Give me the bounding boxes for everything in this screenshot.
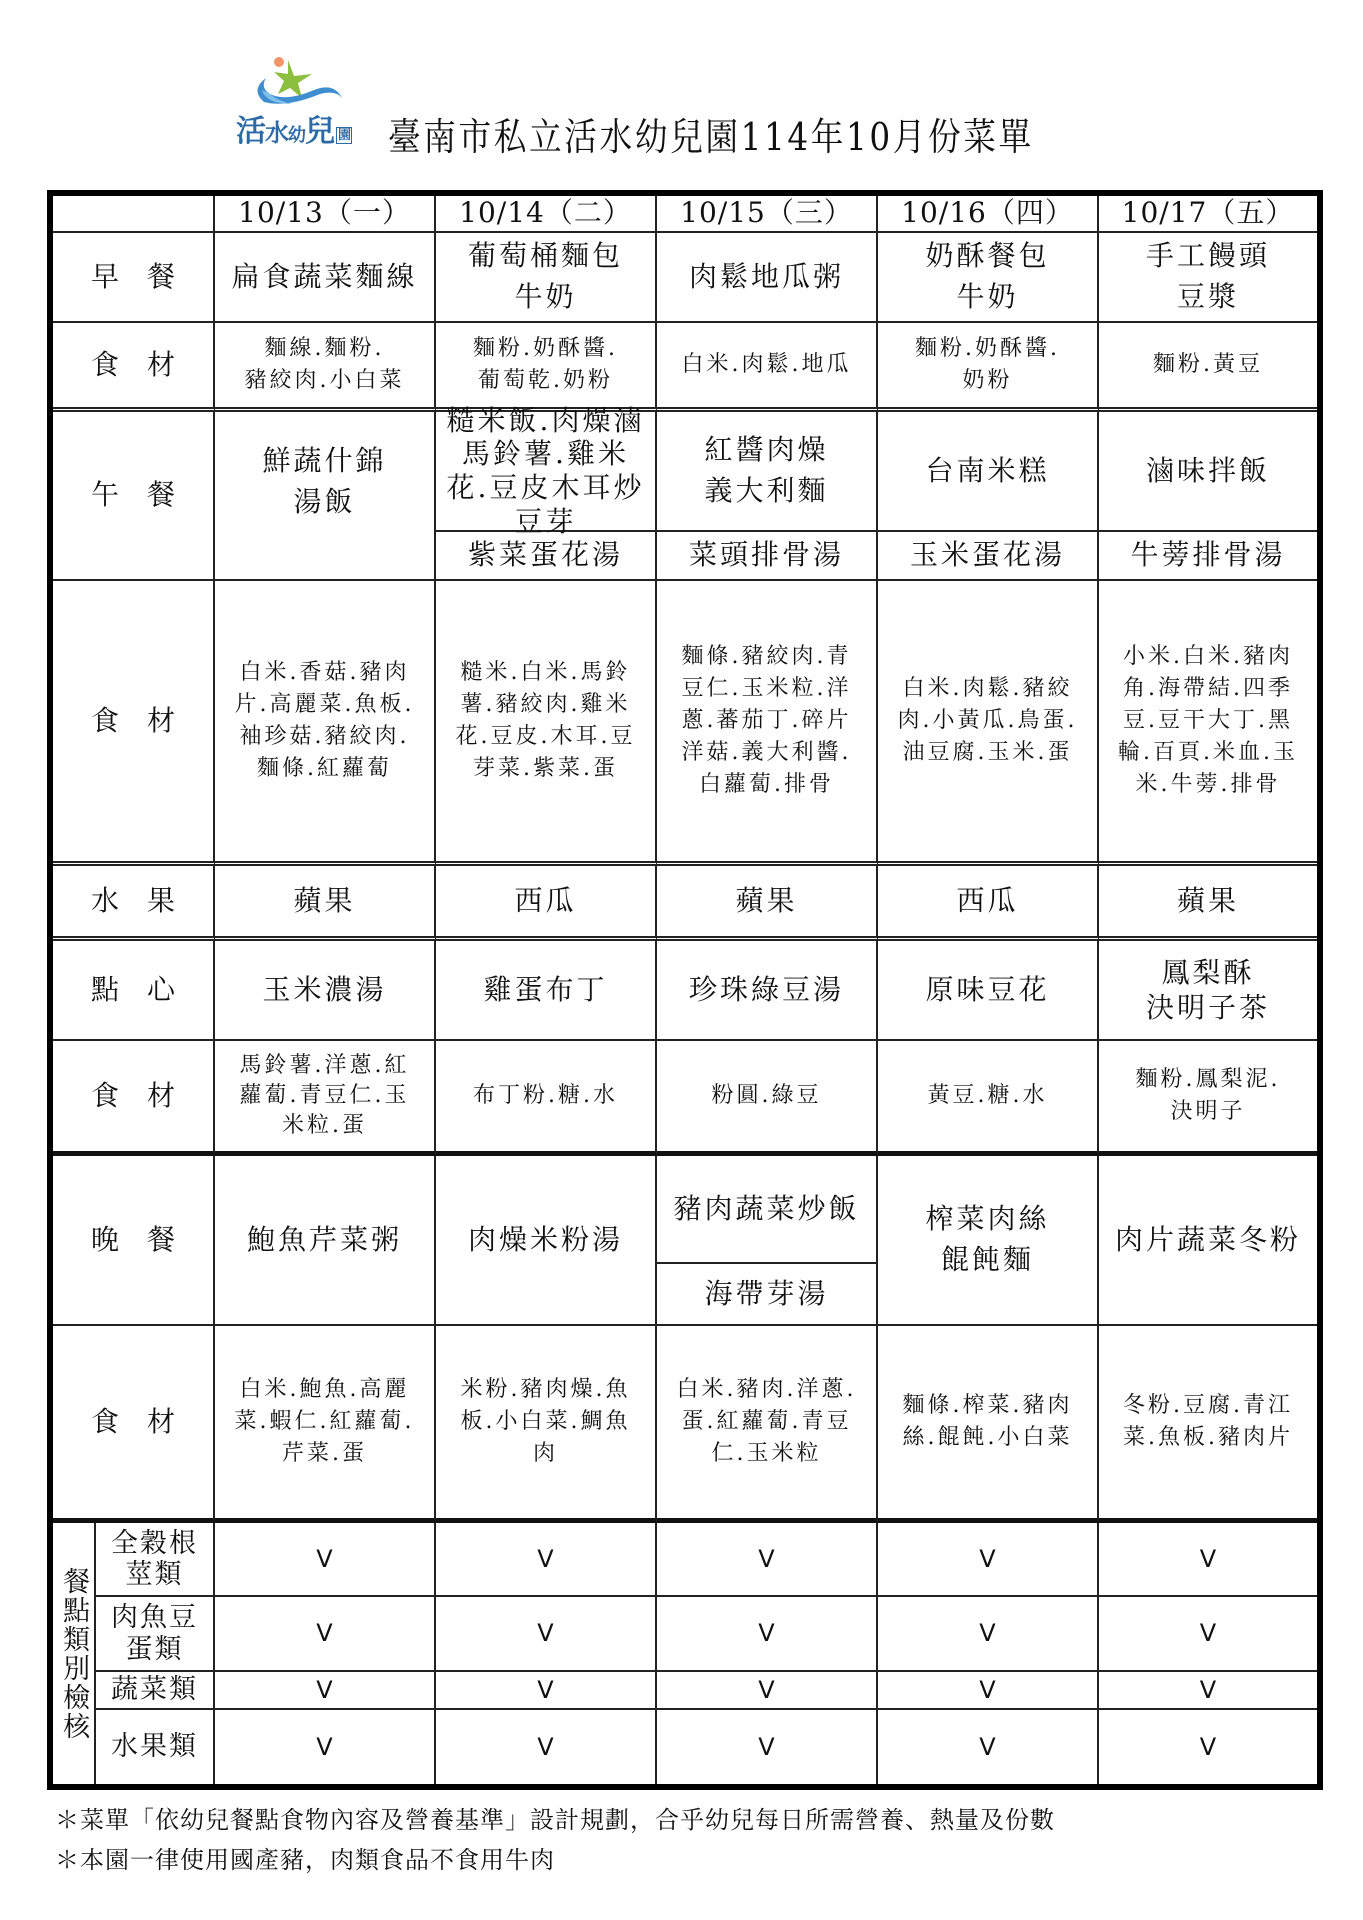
breakfast-tue: 葡萄桶麵包 牛奶 bbox=[436, 233, 657, 323]
check-mark-vegetables-wed: V bbox=[657, 1672, 878, 1710]
page-title: 臺南市私立活水幼兒園114年10月份菜單 bbox=[388, 106, 1034, 161]
breakfast-ingredients-fri: 麵粉.黃豆 bbox=[1099, 323, 1317, 412]
snack-ingredients-fri: 麵粉.鳳梨泥. 決明子 bbox=[1099, 1041, 1317, 1156]
check-mark-protein-thu: V bbox=[878, 1597, 1099, 1672]
snack-ingredients-tue: 布丁粉.糖.水 bbox=[436, 1041, 657, 1156]
lunch-main-mon: 鮮蔬什錦 湯飯 bbox=[215, 412, 436, 581]
check-category-grains: 全穀根 莖類 bbox=[96, 1523, 215, 1597]
lunch-soup-fri: 牛蒡排骨湯 bbox=[1099, 532, 1317, 581]
check-mark-fruit-mon: V bbox=[215, 1710, 436, 1784]
dinner-ingredients-mon: 白米.鮑魚.高麗 菜.蝦仁.紅蘿蔔. 芹菜.蛋 bbox=[215, 1326, 436, 1523]
check-category-protein: 肉魚豆 蛋類 bbox=[96, 1597, 215, 1672]
snack-wed: 珍珠綠豆湯 bbox=[657, 941, 878, 1041]
footnotes: ＊菜單「依幼兒餐點食物內容及營養基準」設計規劃，合乎幼兒每日所需營養、熱量及份數… bbox=[55, 1800, 1055, 1880]
dinner-ingredients-fri: 冬粉.豆腐.青江 菜.魚板.豬肉片 bbox=[1099, 1326, 1317, 1523]
check-category-vegetables: 蔬菜類 bbox=[96, 1672, 215, 1710]
lunch-main-thu: 台南米糕 bbox=[878, 412, 1099, 532]
row-label-dinner: 晚餐 bbox=[53, 1156, 215, 1326]
row-label-breakfast: 早餐 bbox=[53, 233, 215, 323]
check-mark-grains-wed: V bbox=[657, 1523, 878, 1597]
date-header-thu: 10/16（四） bbox=[878, 196, 1099, 233]
lunch-ingredients-wed: 麵條.豬絞肉.青 豆仁.玉米粒.洋 蔥.蕃茄丁.碎片 洋菇.義大利醬. 白蘿蔔.… bbox=[657, 581, 878, 866]
lunch-ingredients-mon: 白米.香菇.豬肉 片.高麗菜.魚板. 袖珍菇.豬絞肉. 麵條.紅蘿蔔 bbox=[215, 581, 436, 866]
menu-table: 10/13（一） 10/14（二） 10/15（三） 10/16（四） 10/1… bbox=[47, 190, 1323, 1790]
check-category-fruit: 水果類 bbox=[96, 1710, 215, 1784]
check-group-label: 餐點類別檢核 bbox=[53, 1523, 96, 1784]
lunch-main-wed: 紅醬肉燥 義大利麵 bbox=[657, 412, 878, 532]
fruit-wed: 蘋果 bbox=[657, 866, 878, 941]
dinner-ingredients-wed: 白米.豬肉.洋蔥. 蛋.紅蘿蔔.青豆 仁.玉米粒 bbox=[657, 1326, 878, 1523]
lunch-ingredients-tue: 糙米.白米.馬鈴 薯.豬絞肉.雞米 花.豆皮.木耳.豆 芽菜.紫菜.蛋 bbox=[436, 581, 657, 866]
row-label-fruit: 水果 bbox=[53, 866, 215, 941]
lunch-soup-thu: 玉米蛋花湯 bbox=[878, 532, 1099, 581]
fruit-fri: 蘋果 bbox=[1099, 866, 1317, 941]
logo-icon bbox=[236, 50, 372, 110]
check-mark-fruit-tue: V bbox=[436, 1710, 657, 1784]
row-label-lunch-ingredients: 食材 bbox=[53, 581, 215, 866]
date-header-wed: 10/15（三） bbox=[657, 196, 878, 233]
check-mark-grains-thu: V bbox=[878, 1523, 1099, 1597]
lunch-ingredients-thu: 白米.肉鬆.豬絞 肉.小黃瓜.鳥蛋. 油豆腐.玉米.蛋 bbox=[878, 581, 1099, 866]
footnote-domestic-pork: ＊本園一律使用國產豬，肉類食品不食用牛肉 bbox=[55, 1840, 1055, 1880]
check-mark-fruit-fri: V bbox=[1099, 1710, 1317, 1784]
check-mark-vegetables-mon: V bbox=[215, 1672, 436, 1710]
date-header-tue: 10/14（二） bbox=[436, 196, 657, 233]
check-mark-protein-wed: V bbox=[657, 1597, 878, 1672]
breakfast-mon: 扁食蔬菜麵線 bbox=[215, 233, 436, 323]
footnote-nutrition-standard: ＊菜單「依幼兒餐點食物內容及營養基準」設計規劃，合乎幼兒每日所需營養、熱量及份數 bbox=[55, 1800, 1055, 1840]
snack-mon: 玉米濃湯 bbox=[215, 941, 436, 1041]
row-label-breakfast-ingredients: 食材 bbox=[53, 323, 215, 412]
check-mark-grains-mon: V bbox=[215, 1523, 436, 1597]
check-mark-fruit-thu: V bbox=[878, 1710, 1099, 1784]
fruit-tue: 西瓜 bbox=[436, 866, 657, 941]
fruit-mon: 蘋果 bbox=[215, 866, 436, 941]
lunch-ingredients-fri: 小米.白米.豬肉 角.海帶結.四季 豆.豆干大丁.黑 輪.百頁.米血.玉 米.牛… bbox=[1099, 581, 1317, 866]
breakfast-ingredients-wed: 白米.肉鬆.地瓜 bbox=[657, 323, 878, 412]
check-mark-vegetables-fri: V bbox=[1099, 1672, 1317, 1710]
row-label-dinner-ingredients: 食材 bbox=[53, 1326, 215, 1523]
lunch-main-fri: 滷味拌飯 bbox=[1099, 412, 1317, 532]
snack-thu: 原味豆花 bbox=[878, 941, 1099, 1041]
row-label-snack: 點心 bbox=[53, 941, 215, 1041]
fruit-thu: 西瓜 bbox=[878, 866, 1099, 941]
dinner-soup-wed: 海帶芽湯 bbox=[657, 1264, 878, 1326]
breakfast-ingredients-tue: 麵粉.奶酥醬. 葡萄乾.奶粉 bbox=[436, 323, 657, 412]
page-header: 活水幼兒園 臺南市私立活水幼兒園114年10月份菜單 bbox=[0, 0, 1363, 180]
lunch-soup-tue: 紫菜蛋花湯 bbox=[436, 532, 657, 581]
check-mark-vegetables-tue: V bbox=[436, 1672, 657, 1710]
dinner-main-thu: 榨菜肉絲 餛飩麵 bbox=[878, 1156, 1099, 1326]
dinner-main-mon: 鮑魚芹菜粥 bbox=[215, 1156, 436, 1326]
check-mark-vegetables-thu: V bbox=[878, 1672, 1099, 1710]
snack-tue: 雞蛋布丁 bbox=[436, 941, 657, 1041]
breakfast-ingredients-thu: 麵粉.奶酥醬. 奶粉 bbox=[878, 323, 1099, 412]
check-mark-protein-fri: V bbox=[1099, 1597, 1317, 1672]
breakfast-ingredients-mon: 麵線.麵粉. 豬絞肉.小白菜 bbox=[215, 323, 436, 412]
check-mark-fruit-wed: V bbox=[657, 1710, 878, 1784]
lunch-main-tue: 糙米飯.肉燥滷 馬鈴薯.雞米 花.豆皮木耳炒 豆芽 bbox=[436, 412, 657, 532]
breakfast-thu: 奶酥餐包 牛奶 bbox=[878, 233, 1099, 323]
breakfast-wed: 肉鬆地瓜粥 bbox=[657, 233, 878, 323]
dinner-main-fri: 肉片蔬菜冬粉 bbox=[1099, 1156, 1317, 1326]
check-mark-protein-tue: V bbox=[436, 1597, 657, 1672]
date-header-fri: 10/17（五） bbox=[1099, 196, 1317, 233]
dinner-ingredients-thu: 麵條.榨菜.豬肉 絲.餛飩.小白菜 bbox=[878, 1326, 1099, 1523]
corner-cell bbox=[53, 196, 215, 233]
breakfast-fri: 手工饅頭 豆漿 bbox=[1099, 233, 1317, 323]
logo-text: 活水幼兒園 bbox=[236, 106, 352, 150]
row-label-lunch: 午餐 bbox=[53, 412, 215, 581]
snack-fri: 鳳梨酥 決明子茶 bbox=[1099, 941, 1317, 1041]
lunch-soup-wed: 菜頭排骨湯 bbox=[657, 532, 878, 581]
row-label-snack-ingredients: 食材 bbox=[53, 1041, 215, 1156]
kindergarten-logo: 活水幼兒園 bbox=[236, 50, 372, 146]
snack-ingredients-mon: 馬鈴薯.洋蔥.紅 蘿蔔.青豆仁.玉 米粒.蛋 bbox=[215, 1041, 436, 1156]
dinner-ingredients-tue: 米粉.豬肉燥.魚 板.小白菜.鯛魚 肉 bbox=[436, 1326, 657, 1523]
snack-ingredients-thu: 黃豆.糖.水 bbox=[878, 1041, 1099, 1156]
dinner-main-wed: 豬肉蔬菜炒飯 bbox=[657, 1156, 878, 1264]
check-mark-grains-tue: V bbox=[436, 1523, 657, 1597]
dinner-main-tue: 肉燥米粉湯 bbox=[436, 1156, 657, 1326]
check-mark-grains-fri: V bbox=[1099, 1523, 1317, 1597]
snack-ingredients-wed: 粉圓.綠豆 bbox=[657, 1041, 878, 1156]
check-mark-protein-mon: V bbox=[215, 1597, 436, 1672]
date-header-mon: 10/13（一） bbox=[215, 196, 436, 233]
